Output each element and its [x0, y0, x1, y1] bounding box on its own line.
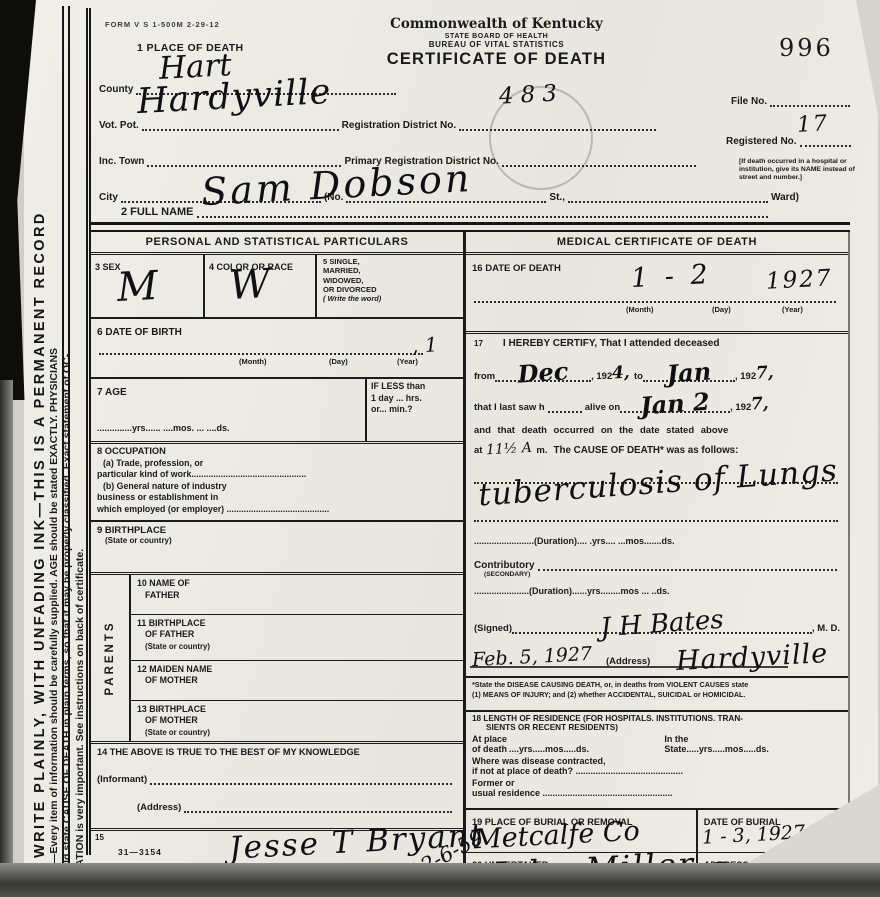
father-name-field: 10 NAME OF FATHER: [131, 575, 463, 615]
physician-signature-slot: J H Bates: [512, 618, 812, 634]
in-state-units: .....yrs.....mos.....ds.: [686, 744, 769, 754]
date-of-birth-field: 6 DATE OF BIRTH , 1 (Month) (Day) (Year): [91, 319, 463, 379]
certify-line: 17 I HEREBY CERTIFY, That I attended dec…: [474, 338, 840, 349]
residence-label2: SIENTS OR RECENT RESIDENTS): [472, 723, 842, 732]
date-of-death-year-handwritten: 1927: [765, 267, 833, 293]
cause-duration-line: ........................(Duration).... .…: [474, 536, 838, 546]
county-label: County: [99, 84, 133, 95]
father-name-label: 10 NAME OF: [137, 578, 457, 590]
birthplace-label: 9 BIRTHPLACE: [97, 525, 457, 536]
medical-certificate-column: MEDICAL CERTIFICATE OF DEATH 16 DATE OF …: [466, 232, 850, 893]
last-saw-label: that I last saw h: [474, 402, 545, 413]
of-death-label: of death: [472, 744, 507, 754]
attendance-certification-field: 17 I HEREBY CERTIFY, That I attended dec…: [466, 334, 848, 466]
dotted-leader: [197, 213, 768, 218]
medical-section-title: MEDICAL CERTIFICATE OF DEATH: [466, 232, 848, 255]
from-label: from: [474, 371, 495, 382]
in-state-block: In the State .....yrs.....mos.....ds.: [664, 734, 842, 754]
to-label: to: [634, 371, 643, 382]
former-residence-line2: usual residence ........................…: [472, 788, 842, 798]
marital-line: MARRIED,: [323, 266, 457, 275]
vot-pot-value-handwritten: Hardyville: [136, 75, 332, 120]
color-race-field: 4 COLOR OR RACE W: [205, 255, 317, 317]
marital-line: 5 SINGLE,: [323, 257, 457, 266]
year-prefix: , 192: [591, 371, 612, 382]
dotted-leader: [142, 126, 339, 131]
plate-number: 31—3154: [118, 847, 162, 857]
death-occurred-line: and that death occurred on the date stat…: [474, 425, 840, 436]
to-month-slot: Jan: [643, 368, 735, 382]
in-the-label: In the: [664, 734, 842, 744]
dotted-leader: [474, 301, 836, 303]
residence-duration-row: At place of death ....yrs.....mos.....ds…: [472, 734, 842, 754]
registration-district-label: Registration District No.: [342, 120, 456, 131]
inc-town-label: Inc. Town: [99, 156, 144, 167]
margin-divider-line: [62, 6, 64, 867]
sex-value-handwritten: M: [116, 266, 159, 308]
vot-pot-label: Vot. Pot.: [99, 120, 139, 131]
violent-causes-footnote: *State the DISEASE CAUSING DEATH, or, in…: [466, 678, 848, 712]
father-birthplace-field: 11 BIRTHPLACE OF FATHER (State or countr…: [131, 615, 463, 661]
age-label: 7 AGE: [97, 387, 127, 398]
form-header: FORM V S 1-500M 2-29-12 1 PLACE OF DEATH…: [91, 8, 850, 220]
secondary-label: (SECONDARY): [484, 571, 840, 578]
father-name-label2: FATHER: [137, 590, 457, 602]
occupation-line: business or establishment in: [97, 492, 457, 504]
year-prefix: , 192: [735, 371, 756, 382]
md-label: , M. D.: [812, 623, 840, 634]
from-year-digit-handwritten: 4,: [612, 365, 631, 383]
marital-status-field: 5 SINGLE, MARRIED, WIDOWED, OR DIVORCED …: [317, 255, 463, 317]
year-prefix: , 192: [730, 402, 751, 413]
sex-color-marital-row: 3 SEX M 4 COLOR OR RACE W 5 SINGLE, MARR…: [91, 255, 463, 319]
dotted-leader: [548, 408, 582, 413]
certify-statement: I HEREBY CERTIFY, That I attended deceas…: [503, 338, 720, 349]
dotted-leader: [99, 353, 423, 355]
contracted-line: Where was disease contracted,: [472, 756, 842, 766]
sex-field: 3 SEX M: [91, 255, 205, 317]
occupation-line: which employed (or employer) ...........…: [97, 504, 457, 516]
signed-line: (Signed) J H Bates , M. D.: [474, 618, 840, 634]
masthead: Commonwealth of Kentucky STATE BOARD OF …: [339, 16, 654, 69]
dotted-leader: [538, 566, 837, 571]
age-units-line: ..............yrs...... ....mos. ... ...…: [97, 423, 230, 433]
city-ward-label: Ward): [771, 192, 799, 203]
mother-birthplace-label2: OF MOTHER: [137, 715, 457, 727]
attended-from-line: from Dec , 192 4, to Jan , 192 7,: [474, 365, 840, 382]
signed-date-address-field: Feb. 5, 1927 (Address) Hardyville: [466, 646, 848, 678]
informant-line: (Informant): [97, 774, 455, 785]
time-of-death-handwritten: 11½ A: [486, 441, 533, 457]
marital-note: ( Write the word): [323, 294, 457, 303]
am-label: m.: [536, 445, 547, 456]
age-less-line: 1 day ... hrs.: [371, 393, 459, 405]
mother-birthplace-note: (State or country): [137, 727, 457, 739]
cause-of-death-lead: The CAUSE OF DEATH* was as follows:: [554, 445, 739, 456]
from-month-handwritten: Dec: [517, 359, 569, 386]
contributory-label: Contributory: [474, 560, 535, 571]
form-body: PERSONAL AND STATISTICAL PARTICULARS 3 S…: [91, 232, 850, 896]
time-and-cause-line: at 11½ A m. The CAUSE OF DEATH* was as f…: [474, 442, 840, 456]
to-month-handwritten: Jan: [666, 359, 712, 386]
marital-line: OR DIVORCED: [323, 285, 457, 294]
state-board-label: STATE BOARD OF HEALTH: [339, 33, 654, 40]
informant-attestation-field: 14 THE ABOVE IS TRUE TO THE BEST OF MY K…: [91, 744, 463, 831]
mother-maiden-name-field: 12 MAIDEN NAME OF MOTHER: [131, 661, 463, 701]
dod-month-label: (Month): [626, 305, 653, 314]
parents-block: PARENTS 10 NAME OF FATHER 11 BIRTHPLACE …: [91, 575, 463, 744]
mother-birthplace-label: 13 BIRTHPLACE: [137, 704, 457, 716]
last-saw-alive-line: that I last saw h alive on Jan 2 , 192 7…: [474, 396, 840, 413]
certificate-serial-number: 996: [779, 34, 834, 62]
dob-month-label: (Month): [239, 357, 266, 366]
scanned-death-certificate: { "document": { "serial": "996", "form_c…: [0, 0, 880, 897]
margin-divider-line: [68, 6, 70, 867]
personal-section-title: PERSONAL AND STATISTICAL PARTICULARS: [91, 232, 463, 255]
father-birthplace-label2: OF FATHER: [137, 629, 457, 641]
cause-of-death-field: tuberculosis of Lungs ..................…: [466, 466, 848, 556]
at-label: at: [474, 445, 482, 456]
age-field: 7 AGE ..............yrs...... ....mos. .…: [91, 379, 365, 441]
commonwealth-title: Commonwealth of Kentucky: [339, 16, 654, 32]
dotted-leader: [770, 102, 850, 107]
mother-birthplace-field: 13 BIRTHPLACE OF MOTHER (State or countr…: [131, 701, 463, 742]
dotted-leader: [568, 198, 768, 203]
form-code: FORM V S 1-500M 2-29-12: [105, 20, 220, 29]
last-saw-date-handwritten: Jan 2: [640, 390, 711, 419]
dob-day-label: (Day): [329, 357, 348, 366]
at-place-label: At place: [472, 734, 664, 744]
at-place-units: ....yrs.....mos.....ds.: [509, 744, 589, 754]
dotted-leader: [150, 780, 452, 785]
physician-address-handwritten: Hardyville: [675, 640, 828, 675]
margin-instruction-line: N. B.—Every item of information should b…: [48, 348, 61, 888]
age-less-than-day-field: IF LESS than 1 day ... hrs. or... min.?: [365, 379, 463, 441]
full-name-label: 2 FULL NAME: [121, 206, 194, 218]
dod-year-label: (Year): [782, 305, 803, 314]
date-of-death-label: 16 DATE OF DEATH: [472, 263, 561, 274]
dod-day-label: (Day): [712, 305, 731, 314]
former-residence-line: Former or: [472, 778, 842, 788]
signed-label: (Signed): [474, 623, 512, 634]
contracted-line2: if not at place of death? ..............…: [472, 766, 842, 776]
parents-side-label-cell: PARENTS: [91, 575, 131, 741]
color-race-value-handwritten: W: [228, 264, 271, 306]
strike-line: [470, 666, 788, 668]
registered-no-label: Registered No.: [726, 136, 797, 147]
dotted-leader: [800, 142, 851, 147]
filed-item-number: 15: [95, 833, 104, 842]
dob-value-handwritten: , 1: [411, 334, 437, 355]
scan-shadow-band: [0, 863, 880, 897]
birthplace-note: (State or country): [97, 536, 457, 545]
birthplace-field: 9 BIRTHPLACE (State or country): [91, 522, 463, 575]
margin-warning-text: WRITE PLAINLY, WITH UNFADING INK—THIS IS…: [32, 211, 48, 858]
age-row: 7 AGE ..............yrs...... ....mos. .…: [91, 379, 463, 444]
from-month-slot: Dec: [495, 368, 591, 382]
dob-label: 6 DATE OF BIRTH: [97, 327, 182, 338]
paper-edge-left: [0, 380, 13, 897]
parents-rows: 10 NAME OF FATHER 11 BIRTHPLACE OF FATHE…: [131, 575, 463, 741]
dob-year-label: (Year): [397, 357, 418, 366]
marital-line: WIDOWED,: [323, 276, 457, 285]
file-no-label: File No.: [731, 96, 767, 107]
occupation-field: 8 OCCUPATION (a) Trade, profession, or p…: [91, 444, 463, 522]
dotted-leader: [184, 808, 452, 813]
contributory-duration-line: ......................(Duration)......yr…: [474, 586, 840, 596]
father-birthplace-note: (State or country): [137, 641, 457, 653]
informant-address-label: (Address): [137, 802, 181, 813]
footnote-line: (1) MEANS OF INJURY; and (2) whether ACC…: [472, 690, 842, 700]
registered-no-line: Registered No.: [726, 136, 854, 147]
informant-label: (Informant): [97, 774, 147, 785]
length-of-residence-field: 18 LENGTH OF RESIDENCE (FOR HOSPITALS. I…: [466, 712, 848, 810]
age-less-line: IF LESS than: [371, 381, 459, 393]
personal-particulars-column: PERSONAL AND STATISTICAL PARTICULARS 3 S…: [91, 232, 466, 893]
occupation-line: (b) General nature of industry: [97, 481, 457, 493]
age-less-line: or... min.?: [371, 404, 459, 416]
certificate-title: CERTIFICATE OF DEATH: [339, 50, 654, 69]
file-no-line: File No.: [731, 96, 853, 107]
residence-label: 18 LENGTH OF RESIDENCE (FOR HOSPITALS. I…: [472, 714, 842, 723]
mother-name-label2: OF MOTHER: [137, 675, 457, 687]
contributory-line: Contributory: [474, 560, 840, 571]
parents-vertical-label: PARENTS: [104, 620, 116, 695]
bureau-label: BUREAU OF VITAL STATISTICS: [339, 40, 654, 49]
occupation-line: particular kind of work.................…: [97, 469, 457, 481]
attestation-label: 14 THE ABOVE IS TRUE TO THE BEST OF MY K…: [97, 747, 457, 757]
date-of-death-value-handwritten: 1 - 2: [630, 261, 712, 292]
certify-item-number: 17: [474, 339, 483, 348]
mother-name-label: 12 MAIDEN NAME: [137, 664, 457, 676]
state-label: State: [664, 744, 686, 754]
occupation-line: (a) Trade, profession, or: [97, 458, 457, 470]
city-st-label: St.,: [549, 192, 565, 203]
dotted-leader: [474, 520, 838, 522]
footnote-line: *State the DISEASE CAUSING DEATH, or, in…: [472, 680, 842, 690]
hospital-instruction-note: [If death occurred in a hospital or inst…: [739, 158, 861, 183]
alive-on-label: alive on: [585, 402, 620, 413]
to-year-digit-handwritten: 7,: [756, 365, 775, 383]
city-label: City: [99, 192, 118, 203]
at-place-block: At place of death ....yrs.....mos.....ds…: [472, 734, 664, 754]
father-birthplace-label: 11 BIRTHPLACE: [137, 618, 457, 630]
date-of-death-field: 16 DATE OF DEATH 1 - 2 1927 (Month) (Day…: [466, 255, 848, 334]
informant-address-line: (Address): [137, 802, 455, 813]
physician-signature-handwritten: J H Bates: [600, 607, 725, 642]
heavy-divider-rule: [91, 222, 850, 232]
certificate-form: FORM V S 1-500M 2-29-12 1 PLACE OF DEATH…: [86, 8, 850, 855]
registered-no-value-handwritten: 17: [796, 113, 829, 137]
last-saw-date-slot: Jan 2: [620, 399, 730, 413]
last-saw-year-digit-handwritten: 7,: [751, 396, 770, 414]
occupation-label: 8 OCCUPATION: [97, 446, 457, 458]
